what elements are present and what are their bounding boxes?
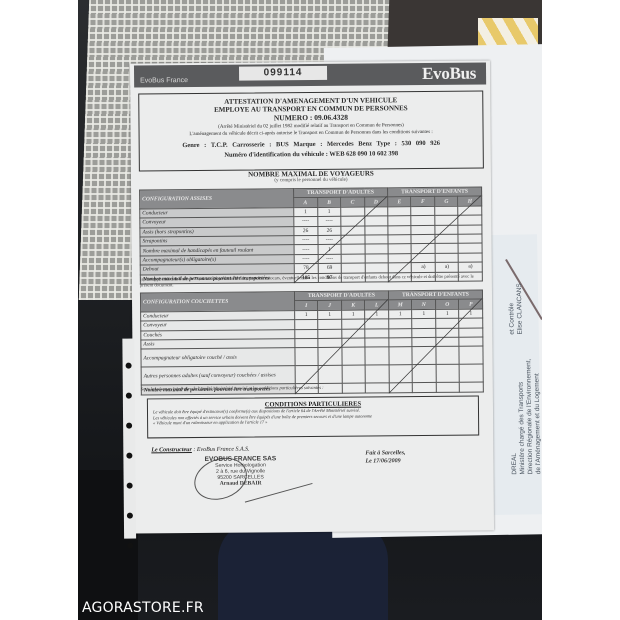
column-header: H [458,196,482,206]
config-header: CONFIGURATION COUCHETTES [140,292,294,312]
perforation-strip [122,339,136,539]
watermark: AGORASTORE.FR [82,600,204,616]
children-header: TRANSPORT D'ENFANTS [388,187,482,197]
column-header: E [388,197,412,207]
column-header: G [435,197,459,207]
column-header: K [341,300,365,310]
serial-number: 099114 [239,66,327,81]
column-header: L [365,300,389,310]
attestation-document: EvoBus France 099114 EvoBus ATTESTATION … [130,60,494,533]
brand-logo: EvoBus [422,64,476,84]
column-header: O [436,300,460,310]
second-doc-authority: DREAL Ministère chargé des Transports Di… [509,358,542,474]
seated-config-table: CONFIGURATION ASSISESTRANSPORT D'ADULTES… [139,187,483,285]
photo-scene: et Contrôle Elise CLANCANS DREAL Ministè… [78,0,542,620]
brand-small: EvoBus France [140,77,188,84]
title-box: ATTESTATION D'AMENAGEMENT D'UN VEHICULE … [138,90,484,171]
footnote-a: (a) En application de l'article 75, un a… [140,273,485,288]
header-band: EvoBus France 099114 EvoBus [134,62,486,87]
column-header: M [388,300,412,310]
column-header: P [459,299,483,309]
adults-header: TRANSPORT D'ADULTES [294,291,388,301]
conditions-box: CONDITIONS PARTICULIERES Le véhicule doi… [147,396,479,439]
column-header: F [411,197,435,207]
second-doc-stamp: et Contrôle Elise CLANCANS [508,283,525,335]
company-stamp: EVOBUS FRANCE SAS Service Homologation 2… [195,455,285,487]
place-and-date: Fait à Sarcelles, Le 17/06/2009 [365,449,405,465]
couchettes-config-table: CONFIGURATION COUCHETTESTRANSPORT D'ADUL… [140,290,484,396]
column-header: N [412,300,436,310]
column-header: A [293,198,317,208]
column-header: J [318,301,342,311]
adults-header: TRANSPORT D'ADULTES [293,188,387,198]
constructor-line: Le Constructeur : EvoBus France S.A.S. [151,447,249,454]
column-header: C [341,197,364,207]
column-header: B [317,198,341,208]
column-header: D [364,197,388,207]
config-header: CONFIGURATION ASSISES [140,189,294,209]
children-header: TRANSPORT D'ENFANTS [388,290,482,300]
column-header: I [294,301,318,311]
